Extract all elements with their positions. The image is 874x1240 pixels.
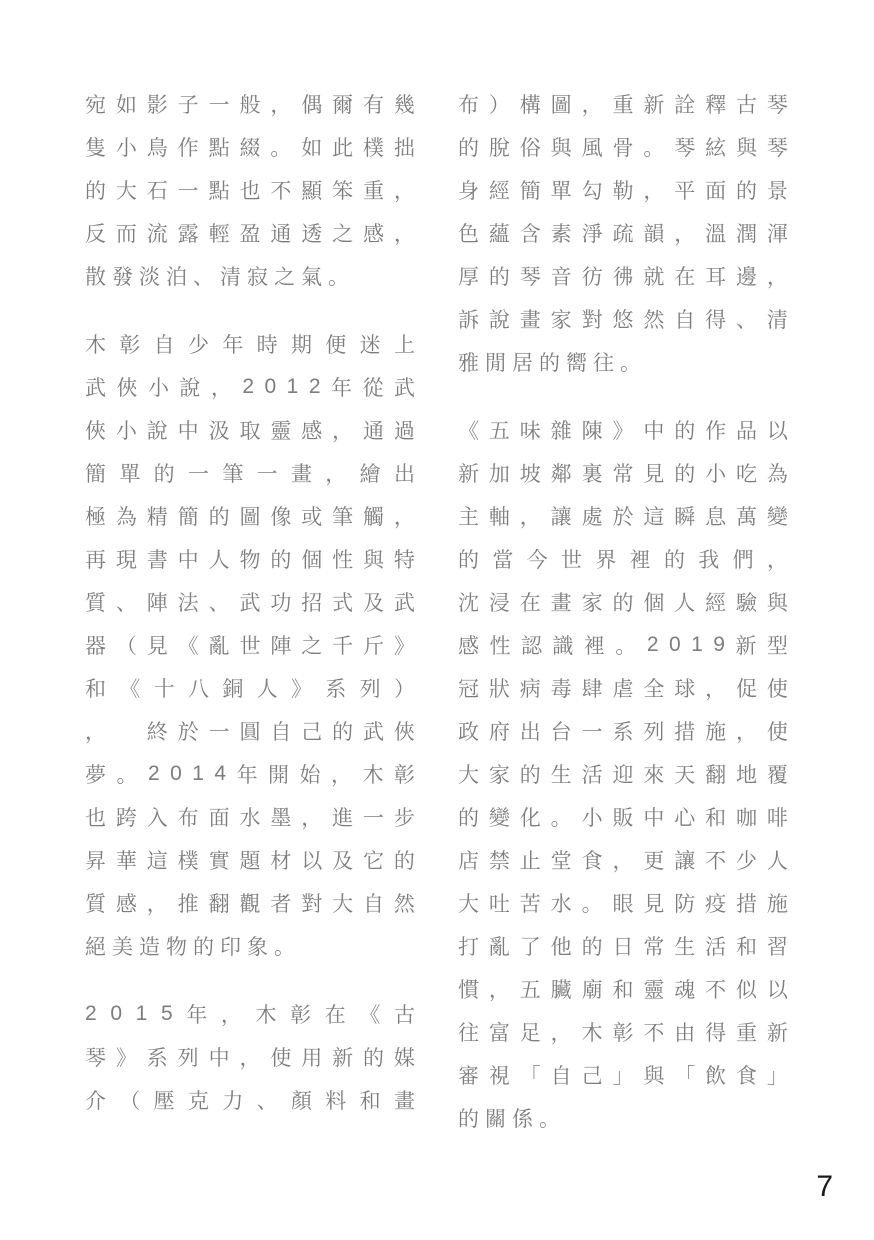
text-line: 打亂了他的日常生活和習 (458, 924, 788, 967)
document-page: 宛如影子一般，偶爾有幾隻小鳥作點綴。如此樸拙的大石一點也不顯笨重，反而流露輕盈通… (0, 0, 874, 1240)
text-line: 厚的琴音彷彿就在耳邊， (458, 254, 788, 297)
text-line: 木彰自少年時期便迷上 (85, 322, 415, 365)
text-line: 反而流露輕盈通透之感， (85, 211, 415, 254)
text-line: 質、陣法、武功招式及武 (85, 580, 415, 623)
text-line: 和《十八銅人》系列） (85, 666, 415, 709)
text-line: 夢。2014年開始，木彰 (85, 752, 415, 795)
text-line: 往富足，木彰不由得重新 (458, 1010, 788, 1053)
text-line: 的關係。 (458, 1096, 788, 1139)
text-line: 也跨入布面水墨，進一步 (85, 795, 415, 838)
paragraph: 2015年，木彰在《古琴》系列中，使用新的媒介（壓克力、顏料和畫 (85, 992, 415, 1121)
text-line: 感性認識裡。2019新型 (458, 623, 788, 666)
text-line: 簡單的一筆一畫，繪出 (85, 451, 415, 494)
text-line: 的大石一點也不顯笨重， (85, 168, 415, 211)
text-line: 店禁止堂食，更讓不少人 (458, 838, 788, 881)
text-line: 布）構圖，重新詮釋古琴 (458, 82, 788, 125)
paragraph: 木彰自少年時期便迷上武俠小說，2012年從武俠小說中汲取靈感，通過簡單的一筆一畫… (85, 322, 415, 967)
text-line: 再現書中人物的個性與特 (85, 537, 415, 580)
text-line: 雅閒居的嚮往。 (458, 340, 788, 383)
text-line: 極為精簡的圖像或筆觸， (85, 494, 415, 537)
text-line: 琴》系列中，使用新的媒 (85, 1035, 415, 1078)
text-line: 冠狀病毒肆虐全球，促使 (458, 666, 788, 709)
text-line: 沈浸在畫家的個人經驗與 (458, 580, 788, 623)
text-line: 器（見《亂世陣之千斤》 (85, 623, 415, 666)
text-line: 訴說畫家對悠然自得、清 (458, 297, 788, 340)
paragraph: 布）構圖，重新詮釋古琴的脫俗與風骨。琴絃與琴身經簡單勾勒，平面的景色蘊含素淨疏韻… (458, 82, 788, 383)
text-line: 慣，五臟廟和靈魂不似以 (458, 967, 788, 1010)
text-line: 絕美造物的印象。 (85, 924, 415, 967)
text-line: 大家的生活迎來天翻地覆 (458, 752, 788, 795)
paragraph: 宛如影子一般，偶爾有幾隻小鳥作點綴。如此樸拙的大石一點也不顯笨重，反而流露輕盈通… (85, 82, 415, 297)
text-column-left: 宛如影子一般，偶爾有幾隻小鳥作點綴。如此樸拙的大石一點也不顯笨重，反而流露輕盈通… (85, 82, 415, 1121)
text-line: 介（壓克力、顏料和畫 (85, 1078, 415, 1121)
text-line: 新加坡鄰裏常見的小吃為 (458, 451, 788, 494)
text-line: 2015年，木彰在《古 (85, 992, 415, 1035)
text-line: 審視「自己」與「飲食」 (458, 1053, 788, 1096)
text-column-right: 布）構圖，重新詮釋古琴的脫俗與風骨。琴絃與琴身經簡單勾勒，平面的景色蘊含素淨疏韻… (458, 82, 788, 1139)
text-line: 的當今世界裡的我們， (458, 537, 788, 580)
text-line: 隻小鳥作點綴。如此樸拙 (85, 125, 415, 168)
text-line: 大吐苦水。眼見防疫措施 (458, 881, 788, 924)
text-line: 俠小說中汲取靈感，通過 (85, 408, 415, 451)
text-line: 散發淡泊、清寂之氣。 (85, 254, 415, 297)
text-line: 武俠小說，2012年從武 (85, 365, 415, 408)
text-line: ， 終於一圓自己的武俠 (85, 709, 415, 752)
text-line: 的脫俗與風骨。琴絃與琴 (458, 125, 788, 168)
paragraph: 《五味雜陳》中的作品以新加坡鄰裏常見的小吃為主軸，讓處於這瞬息萬變的當今世界裡的… (458, 408, 788, 1139)
text-line: 身經簡單勾勒，平面的景 (458, 168, 788, 211)
text-line: 質感，推翻觀者對大自然 (85, 881, 415, 924)
page-number: 7 (816, 1172, 833, 1202)
text-line: 的變化。小販中心和咖啡 (458, 795, 788, 838)
text-line: 色蘊含素淨疏韻，溫潤渾 (458, 211, 788, 254)
text-line: 主軸，讓處於這瞬息萬變 (458, 494, 788, 537)
text-line: 政府出台一系列措施，使 (458, 709, 788, 752)
text-line: 宛如影子一般，偶爾有幾 (85, 82, 415, 125)
text-line: 昇華這樸實題材以及它的 (85, 838, 415, 881)
text-line: 《五味雜陳》中的作品以 (458, 408, 788, 451)
